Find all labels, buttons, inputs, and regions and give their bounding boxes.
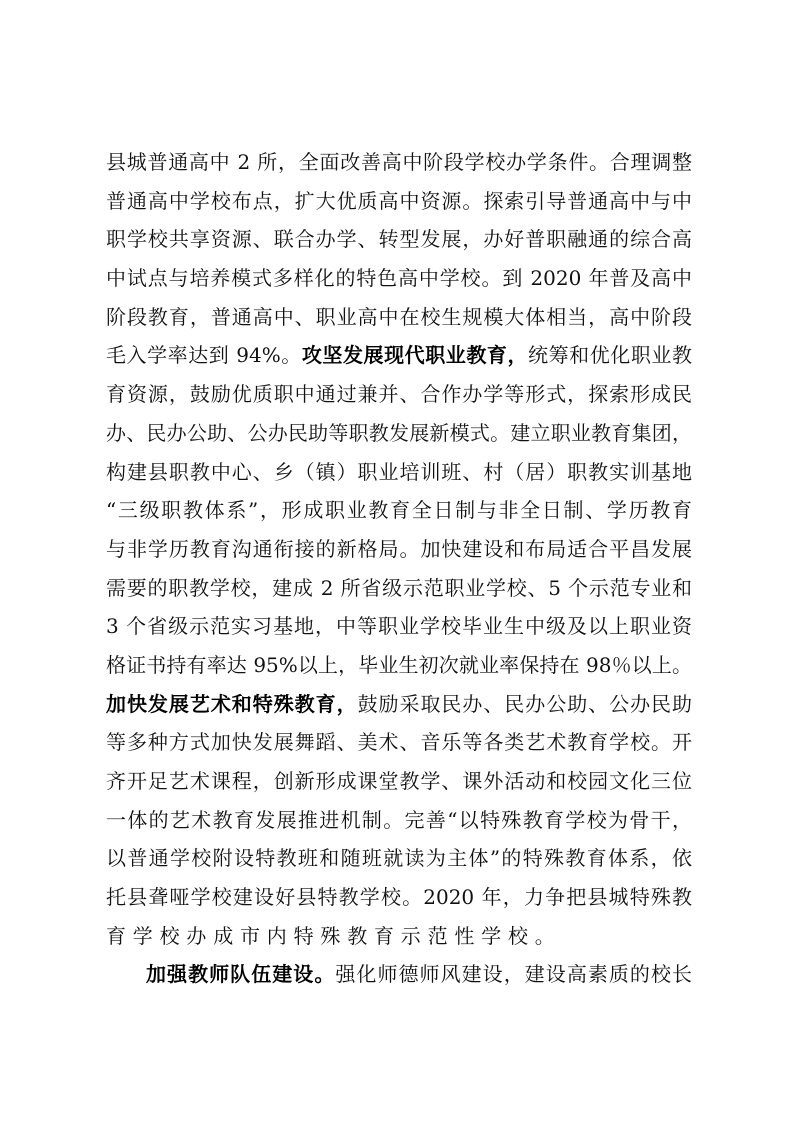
text-line: 普通高中学校布点，扩大优质高中资源。探索引导普通高中与中 (106, 182, 692, 221)
text-line: 县城普通高中 2 所，全面改善高中阶段学校办学条件。合理调整 (106, 143, 692, 182)
text-line: 毛入学率达到 94%。攻坚发展现代职业教育，统筹和优化职业教 (106, 336, 692, 375)
text-line: 一体的艺术教育发展推进机制。完善“以特殊教育学校为骨干， (106, 801, 692, 840)
paragraph-teacher-workforce: 加强教师队伍建设。强化师德师风建设，建设高素质的校长 (106, 955, 692, 994)
text-run: 统筹和优化职业教 (528, 343, 692, 367)
text-line: 格证书持有率达 95%以上，毕业生初次就业率保持在 98％以上。 (106, 646, 692, 685)
heading-arts-special-education: 加快发展艺术和特殊教育， (106, 692, 358, 716)
text-line: 以普通学校附设特教班和随班就读为主体”的特殊教育体系，依 (106, 839, 692, 878)
text-line: 3 个省级示范实习基地，中等职业学校毕业生中级及以上职业资 (106, 607, 692, 646)
text-line: 加强教师队伍建设。强化师德师风建设，建设高素质的校长 (106, 955, 692, 994)
text-line: 构建县职教中心、乡（镇）职业培训班、村（居）职教实训基地 (106, 453, 692, 492)
text-line: 阶段教育，普通高中、职业高中在校生规模大体相当，高中阶段 (106, 298, 692, 337)
text-line: 育资源，鼓励优质职中通过兼并、合作办学等形式，探索形成民 (106, 375, 692, 414)
text-line: 与非学历教育沟通衔接的新格局。加快建设和布局适合平昌发展 (106, 530, 692, 569)
text-line: 等多种方式加快发展舞蹈、美术、音乐等各类艺术教育学校。开 (106, 723, 692, 762)
text-line: 齐开足艺术课程，创新形成课堂教学、课外活动和校园文化三位 (106, 762, 692, 801)
document-body: 县城普通高中 2 所，全面改善高中阶段学校办学条件。合理调整 普通高中学校布点，… (106, 143, 692, 994)
document-page: 县城普通高中 2 所，全面改善高中阶段学校办学条件。合理调整 普通高中学校布点，… (0, 0, 793, 1122)
text-line: 职学校共享资源、联合办学、转型发展，办好普职融通的综合高 (106, 220, 692, 259)
paragraph-education-development: 县城普通高中 2 所，全面改善高中阶段学校办学条件。合理调整 普通高中学校布点，… (106, 143, 692, 955)
heading-vocational-education: 攻坚发展现代职业教育， (302, 343, 528, 367)
text-line: 中试点与培养模式多样化的特色高中学校。到 2020 年普及高中 (106, 259, 692, 298)
text-line: 需要的职教学校，建成 2 所省级示范职业学校、5 个示范专业和 (106, 569, 692, 608)
text-line: “三级职教体系”，形成职业教育全日制与非全日制、学历教育 (106, 491, 692, 530)
text-run: 强化师德师风建设，建设高素质的校长 (335, 962, 692, 986)
text-line: 办、民办公助、公办民助等职教发展新模式。建立职业教育集团， (106, 414, 692, 453)
text-line: 托县聋哑学校建设好县特教学校。2020 年，力争把县城特殊教 (106, 878, 692, 917)
text-line: 育学校办成市内特殊教育示范性学校。 (106, 917, 692, 956)
text-line: 加快发展艺术和特殊教育，鼓励采取民办、民办公助、公办民助 (106, 685, 692, 724)
text-run: 鼓励采取民办、民办公助、公办民助 (358, 692, 692, 716)
heading-teacher-workforce: 加强教师队伍建设。 (146, 962, 335, 986)
text-run: 毛入学率达到 94%。 (106, 343, 302, 367)
